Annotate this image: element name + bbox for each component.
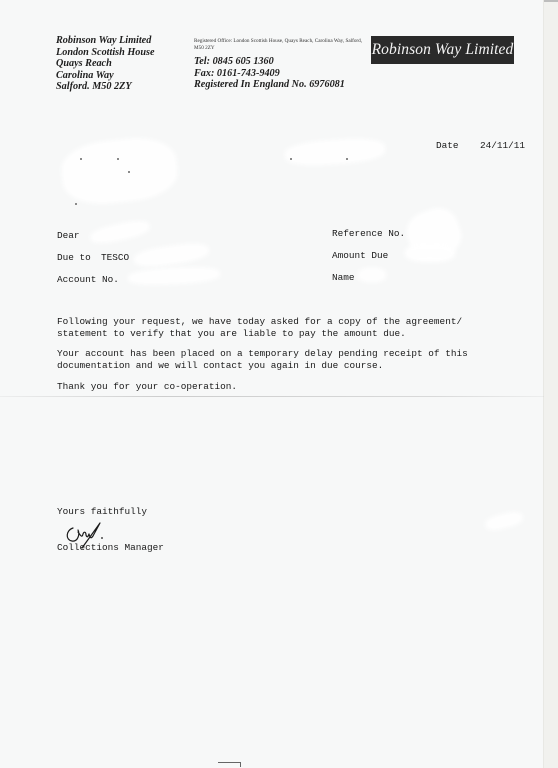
contact-block: Tel: 0845 605 1360 Fax: 0161-743-9409 Re… xyxy=(194,56,345,91)
redacted-mark xyxy=(484,510,524,533)
body-paragraph-3: Thank you for your co-operation. xyxy=(57,381,237,393)
redacted-account-number xyxy=(128,266,221,287)
address-line: Robinson Way Limited xyxy=(56,35,155,47)
company-logo: Robinson Way Limited xyxy=(371,36,514,64)
paper-fold-line xyxy=(0,396,544,397)
dear-label: Dear xyxy=(57,230,80,241)
company-address: Robinson Way Limited London Scottish Hou… xyxy=(56,35,155,93)
logo-text: Robinson Way Limited xyxy=(372,41,514,59)
registration-number: Registered In England No. 6976081 xyxy=(194,79,345,91)
scan-mark xyxy=(218,762,241,767)
account-number-label: Account No. xyxy=(57,274,119,285)
redacted-amount-due xyxy=(405,244,455,262)
date-value: 24/11/11 xyxy=(480,140,525,151)
scan-speck xyxy=(290,158,292,160)
scan-speck xyxy=(75,203,77,205)
paper-edge-shadow xyxy=(544,0,558,2)
name-label: Name xyxy=(332,272,355,283)
due-to-label: Due to xyxy=(57,252,91,263)
scan-speck xyxy=(80,158,82,160)
redacted-recipient-name xyxy=(89,218,151,246)
paper-edge xyxy=(543,0,558,768)
scan-speck xyxy=(128,171,130,173)
reference-number-label: Reference No. xyxy=(332,228,405,239)
address-line: Quays Reach xyxy=(56,58,155,70)
signatory-title: Collections Manager xyxy=(57,542,164,553)
scan-speck xyxy=(117,158,119,160)
closing-salutation: Yours faithfully xyxy=(57,506,147,517)
redacted-recipient-address xyxy=(59,134,180,208)
fax: Fax: 0161-743-9409 xyxy=(194,68,345,80)
body-paragraph-1: Following your request, we have today as… xyxy=(57,316,462,341)
address-line: London Scottish House xyxy=(56,47,155,59)
address-line: Salford. M50 2ZY xyxy=(56,81,155,93)
amount-due-label: Amount Due xyxy=(332,250,388,261)
scan-speck xyxy=(346,158,348,160)
redacted-name xyxy=(358,268,386,282)
registered-office: Registered Office: London Scottish House… xyxy=(194,38,364,52)
redacted-recipient-line xyxy=(284,137,385,168)
date-label: Date xyxy=(436,140,459,151)
telephone: Tel: 0845 605 1360 xyxy=(194,56,345,68)
address-line: Carolina Way xyxy=(56,70,155,82)
redacted-creditor-detail xyxy=(133,241,210,269)
body-paragraph-2: Your account has been placed on a tempor… xyxy=(57,348,468,373)
due-to-value: TESCO xyxy=(101,252,129,263)
